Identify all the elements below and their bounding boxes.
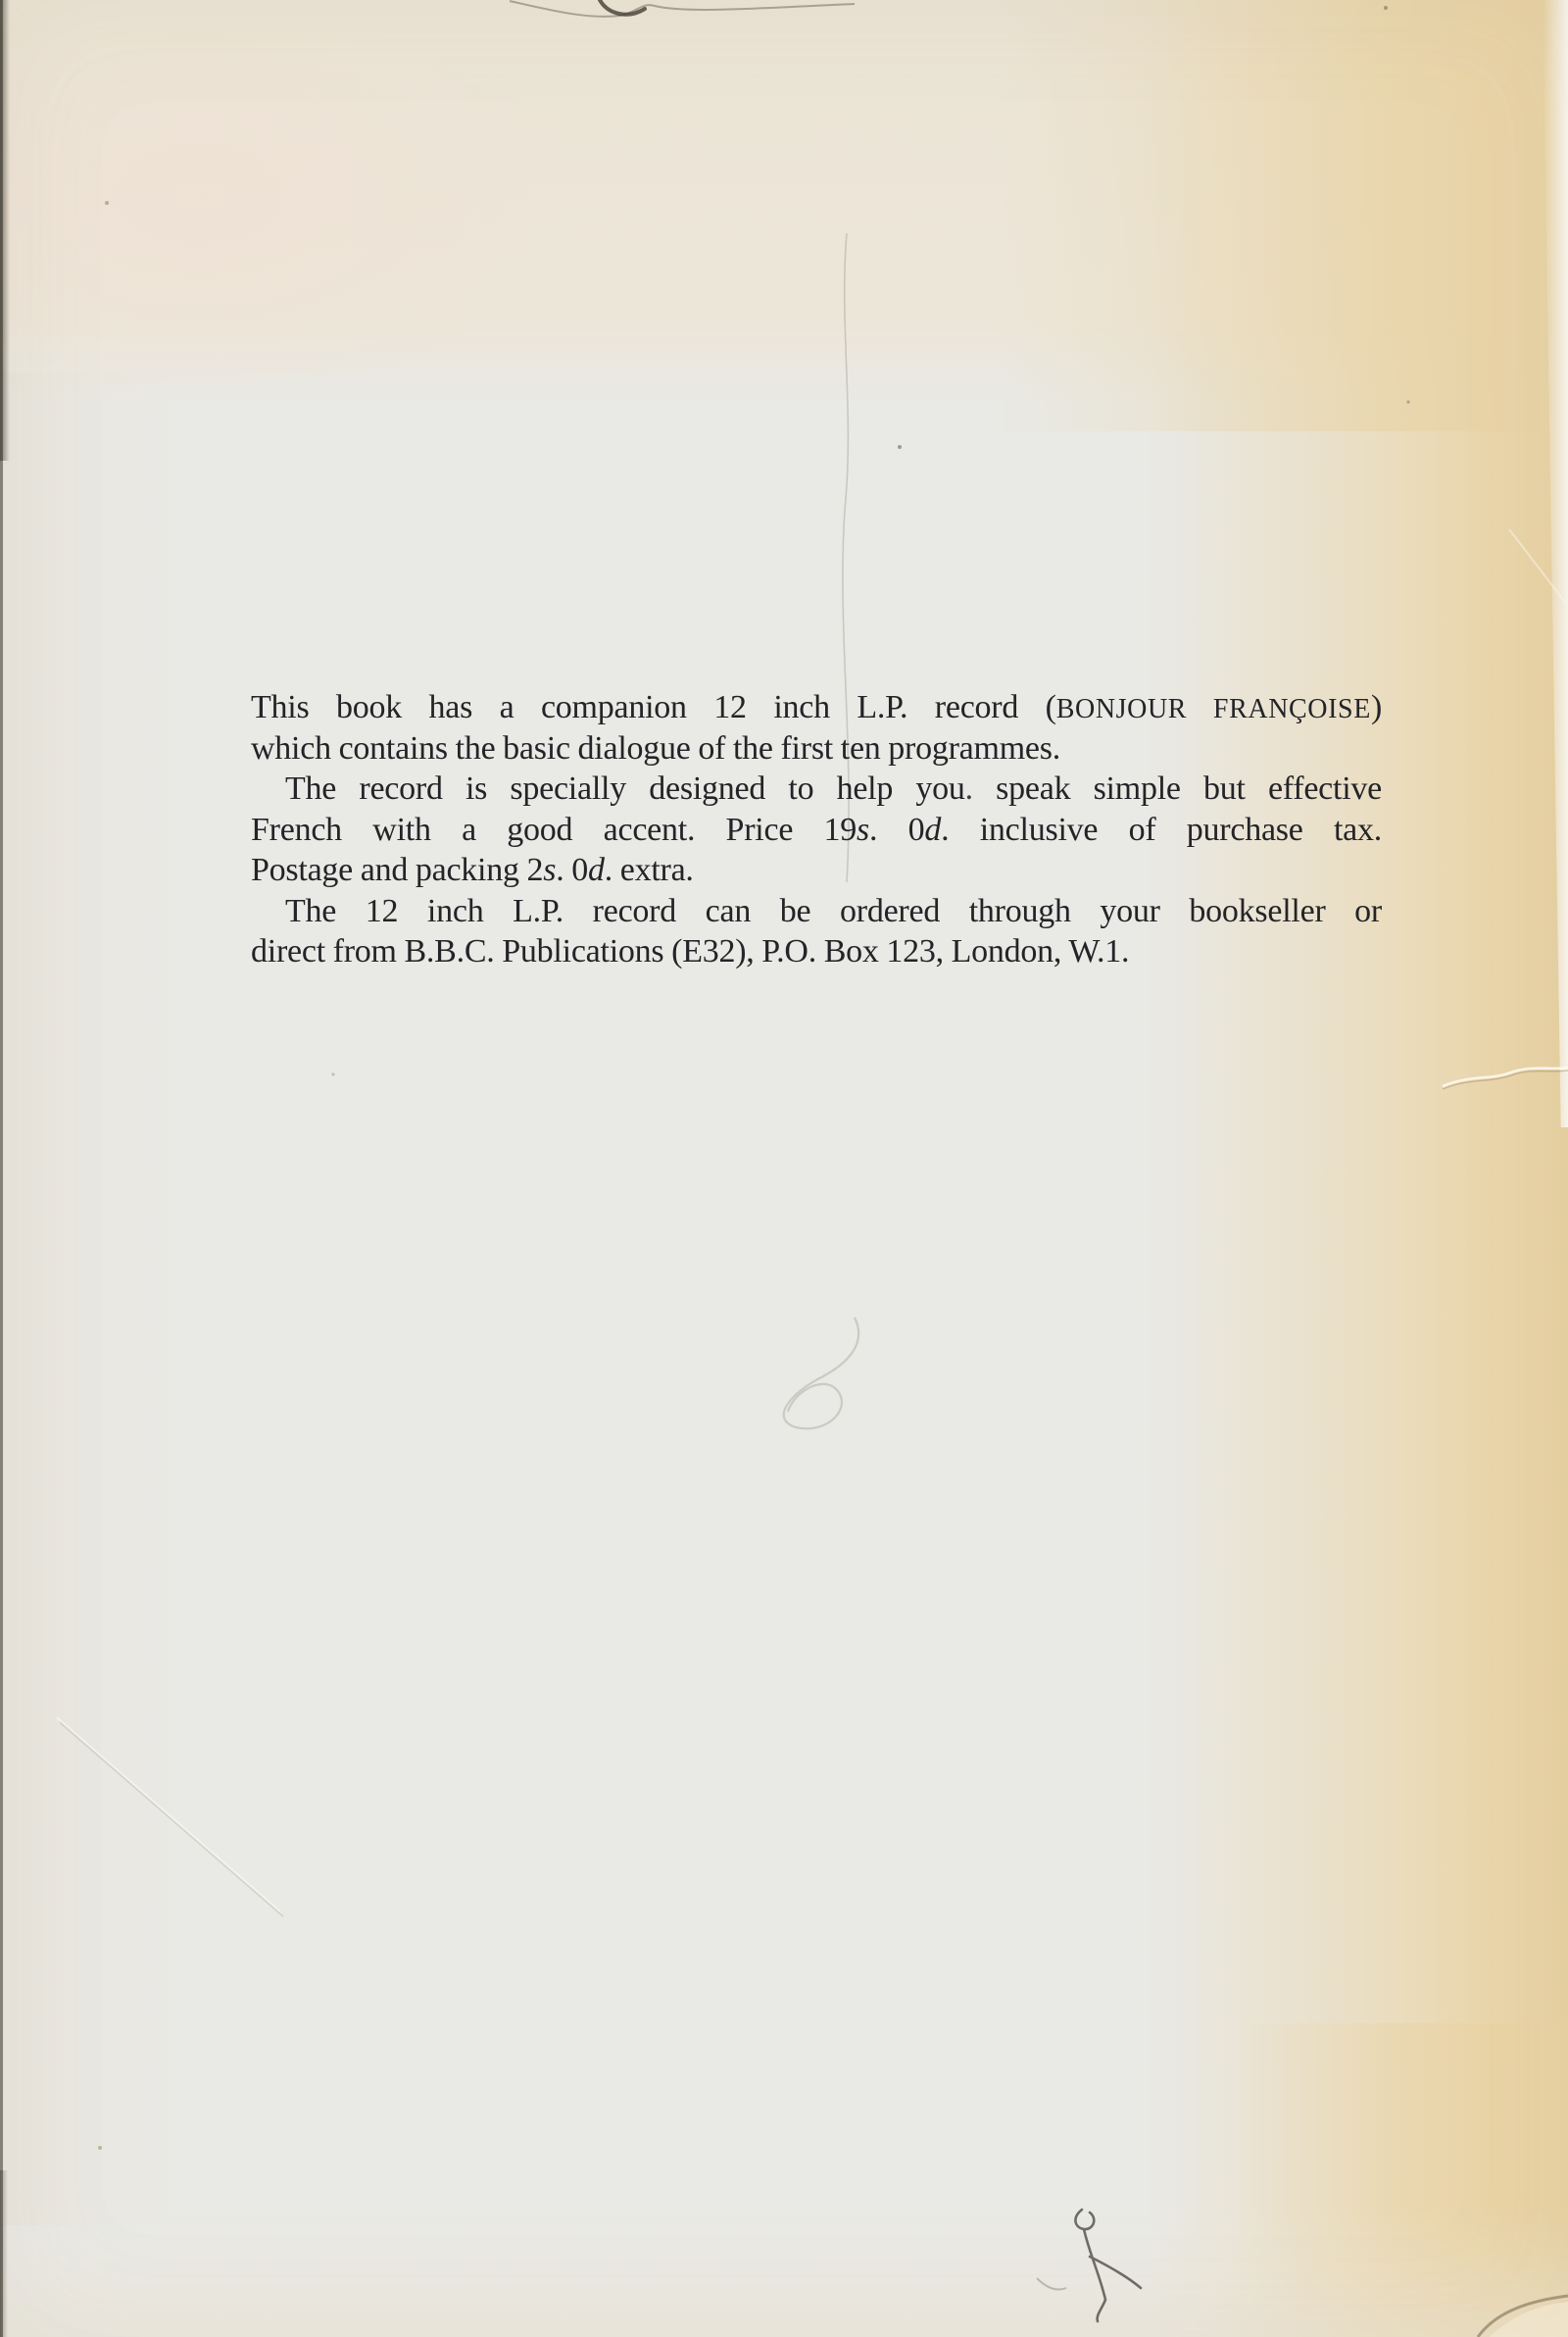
text-line: direct from B.B.C. Publications (E32), P…: [251, 931, 1382, 972]
text-segment: . extra.: [605, 852, 694, 888]
pencil-squiggle-tail: [1037, 2278, 1066, 2290]
faint-swirl-smudge-center: [784, 1318, 858, 1428]
dust-speck: [105, 201, 109, 205]
dust-speck: [1384, 6, 1388, 10]
text-line: The record is specially designed to help…: [251, 769, 1382, 810]
diagonal-crease-bottom-left-light: [57, 1717, 280, 1912]
pencil-squiggle-bottom-right: [1075, 2210, 1141, 2321]
diagonal-crease-bottom-left-shadow: [60, 1722, 283, 1916]
dark-curl-knot: [600, 0, 645, 15]
italic-text: d: [924, 812, 941, 848]
dust-speck: [98, 2146, 102, 2150]
italic-text: s: [857, 812, 869, 848]
italic-text: s: [543, 852, 556, 888]
text-segment: The record is specially designed to help…: [285, 771, 965, 807]
text-line: This book has a companion 12 inch L.P. r…: [251, 687, 1382, 728]
small-caps-text: BONJOUR FRANÇOISE: [1056, 694, 1371, 724]
paragraph: This book has a companion 12 inch L.P. r…: [251, 687, 1382, 769]
text-line: French with a good accent. Price 19s. 0d…: [251, 810, 1382, 851]
print-artifact-dot: .: [965, 771, 973, 807]
text-segment: French with a good accent. Price 19: [251, 812, 857, 848]
scanned-book-page: { "page": { "kind": "scanned aged book p…: [0, 0, 1568, 2337]
text-segment: The 12 inch L.P. record can be ordered t…: [285, 893, 1382, 929]
dust-speck: [898, 445, 902, 449]
paragraph: The record is specially designed to help…: [251, 769, 1382, 891]
paragraph: The 12 inch L.P. record can be ordered t…: [251, 891, 1382, 972]
text-line: The 12 inch L.P. record can be ordered t…: [251, 891, 1382, 932]
text-segment: speak simple but effective: [973, 771, 1382, 807]
text-segment: ): [1371, 689, 1382, 725]
fold-top-right: [1509, 529, 1568, 606]
scan-marks-layer: [0, 0, 1568, 2337]
italic-text: d: [588, 852, 605, 888]
corner-highlight-bottom-right: [1490, 2302, 1568, 2337]
dust-speck: [1406, 400, 1409, 403]
text-segment: This book has a companion 12 inch L.P. r…: [251, 689, 1056, 725]
text-line: which contains the basic dialogue of the…: [251, 728, 1382, 770]
text-segment: . inclusive of purchase tax.: [941, 812, 1382, 848]
text-segment: . 0: [869, 812, 924, 848]
text-segment: which contains the basic dialogue of the…: [251, 730, 1060, 767]
text-line: Postage and packing 2s. 0d. extra.: [251, 850, 1382, 891]
text-segment: . 0: [556, 852, 588, 888]
dark-curl-at-top-edge: [510, 1, 855, 17]
text-block: This book has a companion 12 inch L.P. r…: [251, 687, 1382, 972]
text-segment: direct from B.B.C. Publications (E32), P…: [251, 933, 1129, 970]
text-segment: Postage and packing 2: [251, 852, 543, 888]
dust-speck: [331, 1072, 334, 1075]
